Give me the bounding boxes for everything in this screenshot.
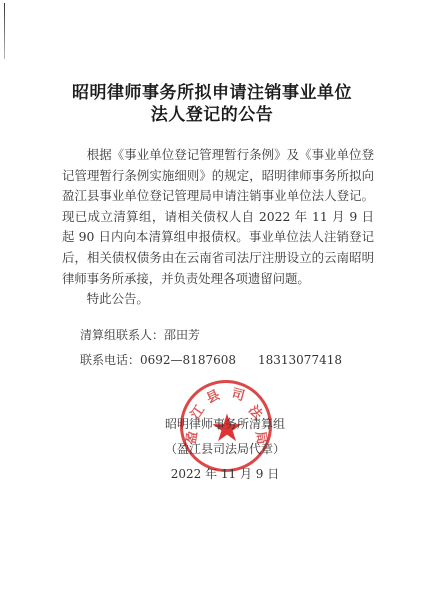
contact-person-name: 邵田芳 xyxy=(164,328,200,342)
contact-phone-landline: 0692—8187608 xyxy=(140,353,236,367)
body-paragraph-main: 根据《事业单位登记管理暂行条例》及《事业单位登记管理暂行条例实施细则》的规定，昭… xyxy=(62,145,374,289)
announcement-body: 根据《事业单位登记管理暂行条例》及《事业单位登记管理暂行条例实施细则》的规定，昭… xyxy=(62,145,374,310)
contact-phone-mobile: 18313077418 xyxy=(258,353,342,367)
signature-org: 昭明律师事务所清算组 xyxy=(0,415,424,432)
contact-phone: 联系电话：0692—818760818313077418 xyxy=(80,351,342,368)
contact-person: 清算组联系人：邵田芳 xyxy=(80,326,200,343)
body-paragraph-closing: 特此公告。 xyxy=(62,289,374,310)
signature-date: 2022 年 11 月 9 日 xyxy=(0,465,424,482)
scan-edge-line xyxy=(4,3,5,59)
contact-person-label: 清算组联系人： xyxy=(80,328,164,342)
signature-proxy: （盈江县司法局代章） xyxy=(0,440,424,457)
document-title-line2: 法人登记的公告 xyxy=(0,100,424,125)
contact-phone-label: 联系电话： xyxy=(80,353,140,367)
